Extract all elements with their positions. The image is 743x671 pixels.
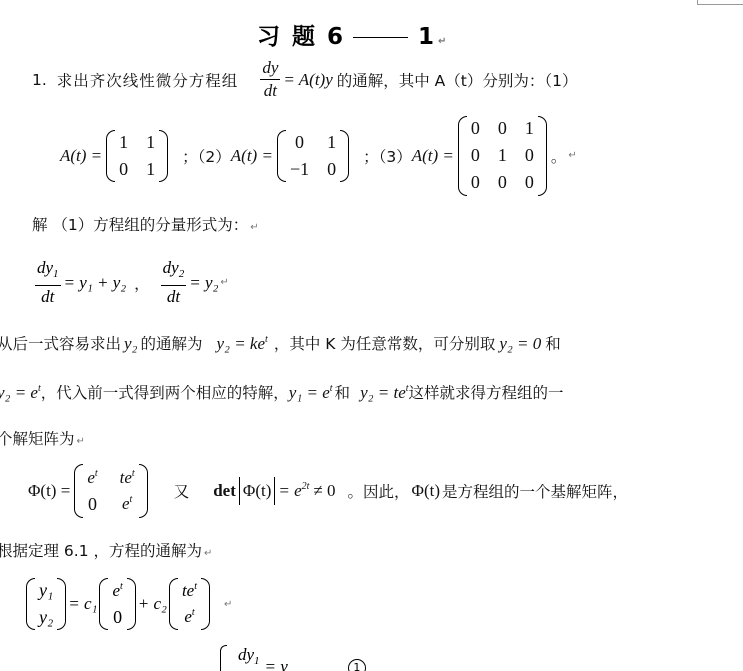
matrix-cell: 0 <box>471 172 480 193</box>
case1-matrix: 1101 <box>106 130 168 182</box>
matrix-cell: 0 <box>525 145 534 166</box>
period: 。 <box>551 145 567 167</box>
eq1-rhs: = y₁ + y₂ <box>64 273 127 293</box>
problem-number: 1. <box>32 71 47 89</box>
vector-1: et0 <box>99 578 135 630</box>
matrix-cell: 0 <box>471 118 480 139</box>
solution-line-3: 个解矩阵为↵ <box>0 427 85 449</box>
matrix-cell: y₂ <box>39 607 53 628</box>
general-solution: y₁y₂ = c₁ et0 + c₂ tetet ↵ <box>26 574 232 634</box>
case1-lhs: A(t) = <box>60 146 102 166</box>
matrix-cell: et <box>112 581 122 601</box>
matrix-cell: 0 <box>119 159 128 180</box>
derivative-fraction: dy dt <box>260 58 280 101</box>
matrix-cell: 1 <box>498 145 507 166</box>
system-partial: dy1 = y 1 <box>220 645 366 671</box>
case2-matrix: 01−10 <box>277 130 349 182</box>
matrix-cell: et <box>120 494 135 515</box>
component-equations: dy1 dt = y₁ + y₂ ， dy2 dt = y₂↵ <box>32 258 229 307</box>
phi-lhs: Φ(t) = <box>28 481 70 501</box>
case2-lhs: A(t) = <box>231 146 273 166</box>
title-suffix: 1 <box>418 24 436 50</box>
matrix-cell: tet <box>182 581 197 601</box>
theorem-line: 根据定理 6.1 ，方程的通解为↵ <box>0 539 212 561</box>
solution-line-1: 从后一式容易求出 y₂ 的通解为 y₂ = ket ，其中 K 为任意常数，可分… <box>0 332 561 354</box>
matrix-cell: et <box>182 607 197 627</box>
case3-matrix: 001010000 <box>458 116 547 196</box>
case2-label: ；（2） <box>182 145 231 167</box>
matrix-cell: 0 <box>498 172 507 193</box>
matrix-cell: 0 <box>327 159 336 180</box>
vector-2: tetet <box>169 578 210 630</box>
title-prefix: 习 题 6 <box>257 24 345 50</box>
case3-lhs: A(t) = <box>412 146 454 166</box>
matrix-cell: 0 <box>290 132 309 153</box>
matrix-cell: 1 <box>525 118 534 139</box>
paragraph-mark: ↵ <box>438 36 448 47</box>
matrix-cell: 0 <box>498 118 507 139</box>
dy2-dt-fraction: dy2 dt <box>161 258 187 307</box>
case3-label: ；（3） <box>363 145 412 167</box>
matrix-cell: y₁ <box>39 580 53 601</box>
matrix-cell: −1 <box>290 159 309 180</box>
matrix-cell: 1 <box>146 159 155 180</box>
matrix-cell: 0 <box>471 145 480 166</box>
problem-intro: 求出齐次线性微分方程组 <box>57 69 239 91</box>
matrix-cell: 1 <box>327 132 336 153</box>
page-title: 习 题 61↵ <box>257 18 448 51</box>
title-dash <box>353 37 408 38</box>
page-corner-mark <box>697 0 743 5</box>
brace-icon <box>220 645 227 671</box>
dy1-dt-fraction: dy1 dt <box>35 258 61 307</box>
problem-statement: 1. 求出齐次线性微分方程组 dy dt = A(t)y 的通解，其中 A（t）… <box>32 58 577 101</box>
y-vector: y₁y₂ <box>26 578 66 630</box>
eq2-rhs: = y₂ <box>189 273 218 293</box>
phi-matrix: ettet0et <box>74 464 147 518</box>
matrix-cell: 0 <box>525 172 534 193</box>
matrix-cell: et <box>87 468 97 488</box>
matrix-cell: 0 <box>112 607 122 628</box>
matrix-cell: 1 <box>146 132 155 153</box>
matrix-cell: 1 <box>119 132 128 153</box>
equation-rhs: = A(t)y <box>283 70 332 90</box>
problem-after: 的通解，其中 A（t）分别为：（1） <box>337 69 578 91</box>
solution-heading: 解 （1）方程组的分量形式为：↵ <box>32 213 259 235</box>
solution-line-2: y₂ = et ，代入前一式得到两个相应的特解， y₁ = et 和 y₂ = … <box>0 381 564 403</box>
matrix-cell: 0 <box>87 494 97 515</box>
fundamental-matrix-line: Φ(t) = ettet0et 又 det Φ(t) = e2t ≠ 0 。因此… <box>28 462 628 520</box>
matrix-cell: tet <box>120 468 135 488</box>
matrix-cases: A(t) = 1101 ；（2） A(t) = 01−10 ；（3） A(t) … <box>60 113 577 198</box>
circled-number-1: 1 <box>348 659 366 671</box>
